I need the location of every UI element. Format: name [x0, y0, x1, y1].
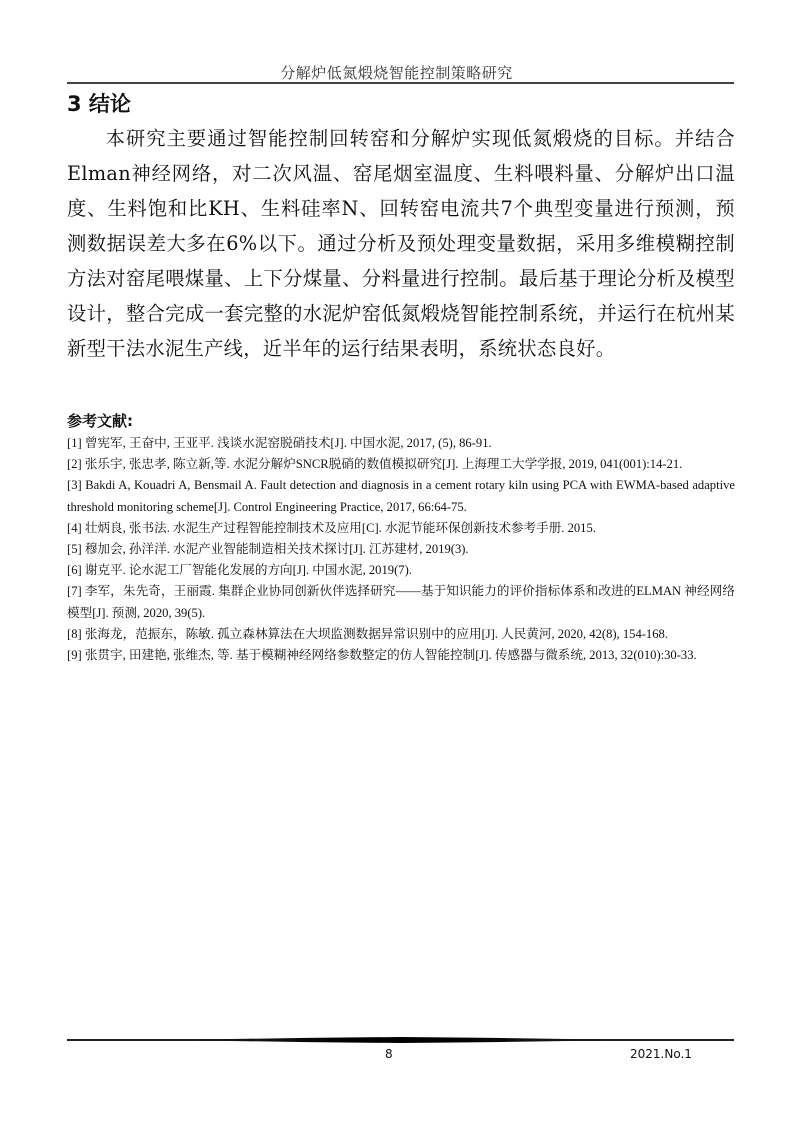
- reference-item: [2] 张乐宇, 张忠孝, 陈立新,等. 水泥分解炉SNCR脱硝的数值模拟研究[…: [67, 454, 735, 475]
- footer-divider-ornament: [167, 1037, 634, 1043]
- reference-item: [3] Bakdi A, Kouadri A, Bensmail A. Faul…: [67, 475, 735, 517]
- reference-item: [4] 壮炳良, 张书法. 水泥生产过程智能控制技术及应用[C]. 水泥节能环保…: [67, 518, 735, 539]
- running-header-title: 分解炉低氮煅烧智能控制策略研究: [0, 62, 793, 83]
- reference-item: [5] 穆加会, 孙洋洋. 水泥产业智能制造相关技术探讨[J]. 江苏建材, 2…: [67, 539, 735, 560]
- conclusion-paragraph: 本研究主要通过智能控制回转窑和分解炉实现低氮煅烧的目标。并结合Elman神经网络…: [67, 121, 735, 366]
- references-list: [1] 曾宪军, 王奋中, 王亚平. 浅谈水泥窑脱硝技术[J]. 中国水泥, 2…: [67, 433, 735, 666]
- reference-item: [9] 张贯宇, 田建艳, 张维杰, 等. 基于模糊神经网络参数整定的仿人智能控…: [67, 645, 735, 666]
- section-heading: 3 结论: [67, 88, 131, 118]
- footer-divider: [67, 1037, 734, 1043]
- header-divider: [67, 82, 734, 84]
- issue-label: 2021.No.1: [630, 1047, 692, 1061]
- page-number: 8: [385, 1047, 393, 1061]
- reference-item: [1] 曾宪军, 王奋中, 王亚平. 浅谈水泥窑脱硝技术[J]. 中国水泥, 2…: [67, 433, 735, 454]
- references-heading: 参考文献:: [67, 410, 133, 431]
- reference-item: [8] 张海龙，范振东，陈敏. 孤立森林算法在大坝监测数据异常识别中的应用[J]…: [67, 624, 735, 645]
- reference-item: [6] 谢克平. 论水泥工厂智能化发展的方向[J]. 中国水泥, 2019(7)…: [67, 560, 735, 581]
- reference-item: [7] 李军，朱先奇，王丽霞. 集群企业协同创新伙伴选择研究——基于知识能力的评…: [67, 581, 735, 623]
